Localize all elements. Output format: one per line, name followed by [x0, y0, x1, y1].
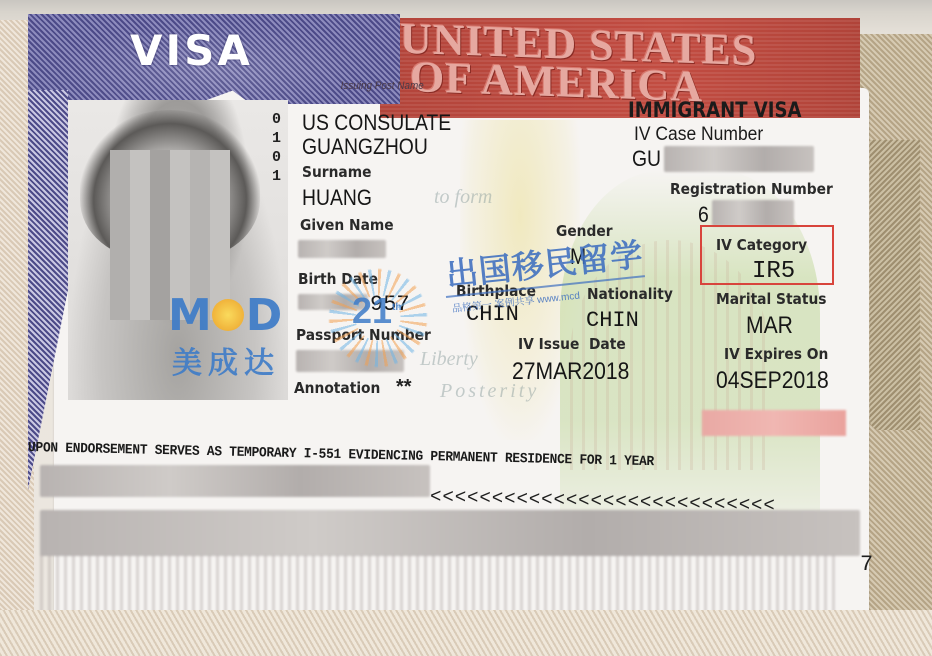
iv-case-number-redacted — [664, 146, 814, 172]
issuing-post-line2: GUANGZHOU — [302, 134, 428, 160]
mrz-line2-check-digit: 7 — [860, 552, 873, 577]
nationality-label: Nationality — [587, 285, 673, 303]
given-name-redacted — [298, 240, 386, 258]
nationality-value: CHIN — [586, 308, 639, 333]
registration-number-label: Registration Number — [670, 180, 833, 198]
mrz-line2-redacted — [40, 510, 860, 556]
iv-case-number-value: GU — [632, 146, 661, 172]
redacted-red-field — [702, 410, 846, 436]
iv-case-number-label: IV Case Number — [634, 124, 763, 146]
visa-title: VISA — [130, 26, 253, 75]
marital-status-value: MAR — [746, 312, 793, 340]
iv-expires-value: 04SEP2018 — [716, 367, 829, 395]
annotation-label: Annotation — [294, 379, 380, 397]
mod-watermark-cn: 美成达 — [172, 338, 280, 382]
security-text-to-form: to form — [434, 186, 492, 209]
registration-number-redacted — [712, 200, 794, 226]
right-pattern-panel — [870, 140, 920, 430]
annotation-value: ** — [396, 376, 412, 399]
mod-watermark-logo: MD — [168, 290, 280, 341]
surname-label: Surname — [302, 163, 371, 181]
mrz-ghost-print — [40, 555, 840, 615]
mrz-line1-redacted — [40, 465, 430, 497]
visa-type: IMMIGRANT VISA — [628, 98, 802, 122]
bottom-security-border — [0, 610, 932, 656]
control-digits: 0 1 0 1 — [272, 110, 284, 186]
compass-star-icon — [212, 299, 244, 331]
marital-status-label: Marital Status — [716, 290, 827, 308]
country-title: UNITED STATES OF AMERICA — [400, 20, 757, 108]
anniversary-number: 21th — [352, 290, 402, 332]
given-name-label: Given Name — [300, 216, 394, 234]
issuing-post-label: Issuing Post Name — [341, 80, 424, 92]
security-text-posterity: Posterity — [440, 380, 539, 403]
security-text-liberty: Liberty — [420, 348, 478, 371]
iv-issue-date-label: IV Issue Date — [518, 335, 626, 353]
issuing-post-line1: US CONSULATE — [302, 110, 451, 136]
surname-value: HUANG — [302, 185, 372, 211]
iv-category-highlight-box — [700, 225, 834, 285]
iv-expires-label: IV Expires On — [724, 345, 828, 363]
